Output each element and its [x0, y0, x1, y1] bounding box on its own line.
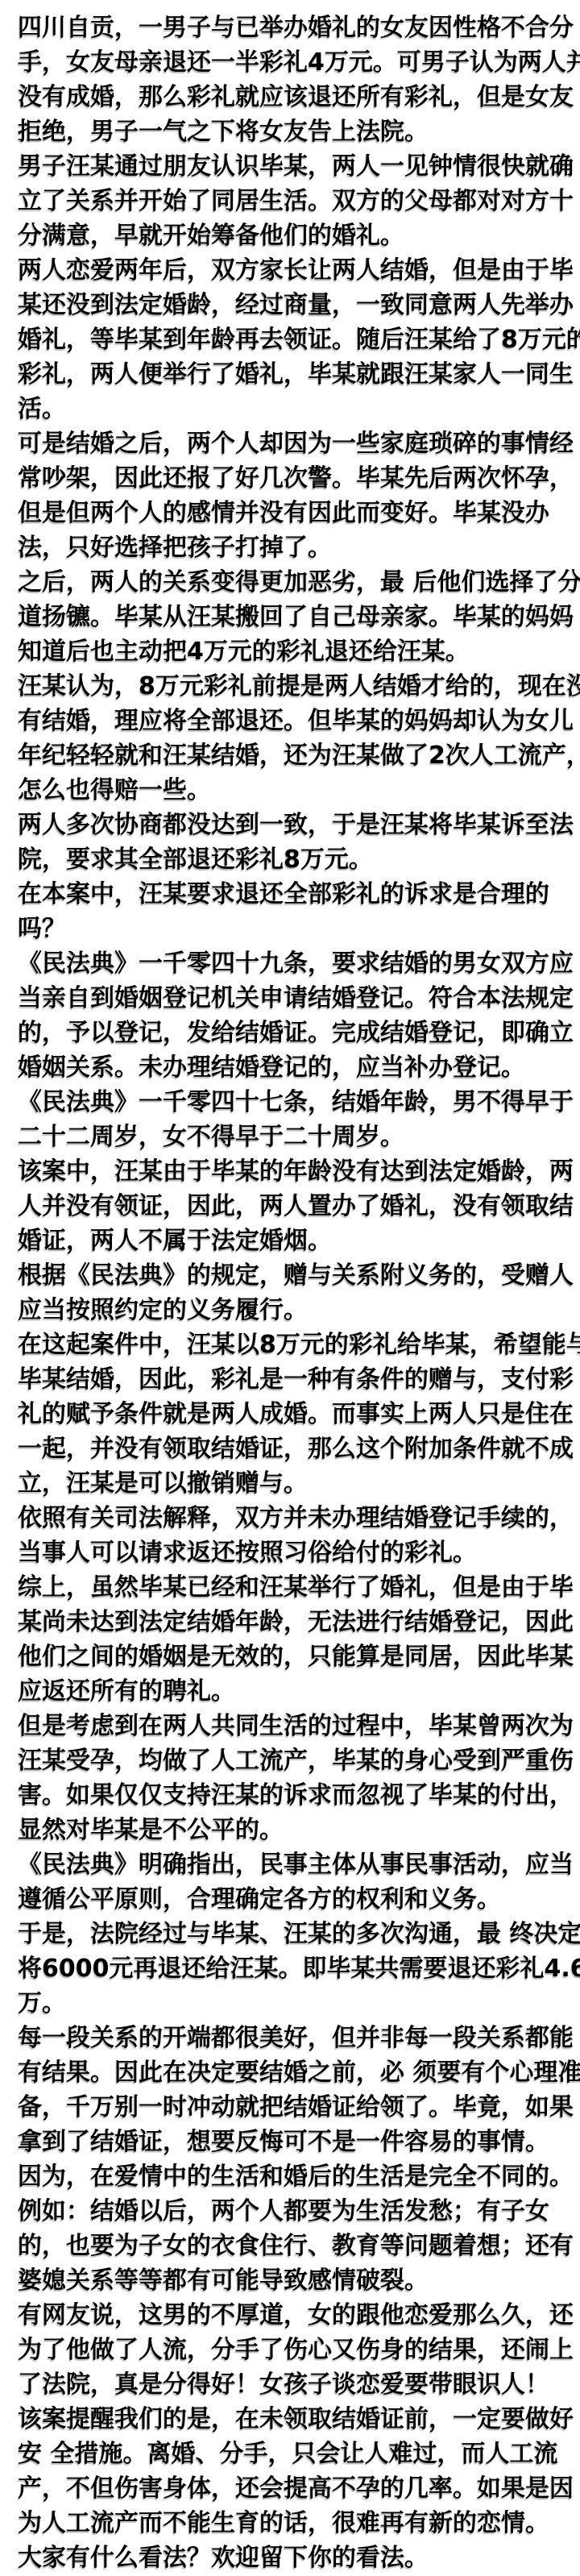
text-line: 常吵架，因此还报了好几次警。毕某先后两次怀孕，	[18, 461, 577, 496]
text-line: 有网友说，这男的不厚道，女的跟他恋爱那么久，还	[18, 2298, 577, 2333]
text-line: 活。	[18, 392, 577, 426]
text-line: 《民法典》一千零四十七条，结婚年龄，男不得早于	[18, 1085, 577, 1120]
text-line: 大家有什么看法？欢迎留下你的看法。	[18, 2541, 577, 2575]
text-line: 拿到了结婚证，想要反悔可不是一件容易的事情。	[18, 2125, 577, 2159]
text-line: 婚礼，等毕某到年龄再去领证。随后汪某给了8万元的	[18, 322, 577, 357]
text-line: 将6000元再退还给汪某。即毕某共需要退还彩礼4.6	[18, 1951, 577, 1986]
text-line: 在这起案件中，汪某以8万元的彩礼给毕某，希望能与	[18, 1327, 577, 1362]
paragraph: 《民法典》一千零四十九条，要求结婚的男女双方应当亲自到婚姻登记机关申请结婚登记。…	[18, 946, 577, 1085]
article-text: 四川自贡，一男子与已举办婚礼的女友因性格不合分手，女友母亲退还一半彩礼4万元。可…	[0, 0, 580, 2575]
paragraph: 该案提醒我们的是，在未领取结婚证前，一定要做好安 全措施。离婚、分手，只会让人难…	[18, 2402, 577, 2541]
text-line: 院，要求其全部退还彩礼8万元。	[18, 842, 577, 877]
text-line: 害。如果仅仅支持汪某的诉求而忽视了毕某的付出，	[18, 1778, 577, 1813]
text-line: 拒绝，男子一气之下将女友告上法院。	[18, 114, 577, 149]
paragraph: 在这起案件中，汪某以8万元的彩礼给毕某，希望能与毕某结婚，因此，彩礼是一种有条件…	[18, 1327, 577, 1501]
text-line: 产，不但伤害身体，还会提高不孕的几率。如果是因	[18, 2471, 577, 2506]
text-line: 的，予以登记，发给结婚证。完成结婚登记，即确立	[18, 1016, 577, 1050]
paragraph: 但是考虑到在两人共同生活的过程中，毕某曾两次为汪某受孕，均做了人工流产，毕某的身…	[18, 1709, 577, 1847]
text-line: 汪某认为，8万元彩礼前提是两人结婚才给的，现在没	[18, 669, 577, 704]
paragraph: 例如：结婚以后，两个人都要为生活发愁；有子女的，也要为子女的衣食住行、教育等问题…	[18, 2194, 577, 2298]
text-line: 立了关系并开始了同居生活。双方的父母都对对方十	[18, 184, 577, 218]
text-line: 当亲自到婚姻登记机关申请结婚登记。符合本法规定	[18, 981, 577, 1016]
text-line: 了法院，真是分得好！女孩子谈恋爱要带眼识人！	[18, 2367, 577, 2402]
text-line: 但是但两个人的感情并没有因此而变好。毕某没办	[18, 496, 577, 530]
paragraph: 有网友说，这男的不厚道，女的跟他恋爱那么久，还为了他做了人流，分手了伤心又伤身的…	[18, 2298, 577, 2402]
text-line: 该案提醒我们的是，在未领取结婚证前，一定要做好	[18, 2402, 577, 2437]
text-line: 他们之间的婚姻是无效的，只能算是同居，因此毕某	[18, 1639, 577, 1674]
text-line: 之后，两人的关系变得更加恶劣，最 后他们选择了分	[18, 565, 577, 600]
text-line: 某还没到法定婚龄，经过商量，一致同意两人先举办	[18, 288, 577, 322]
paragraph: 《民法典》一千零四十七条，结婚年龄，男不得早于二十二周岁，女不得早于二十周岁。	[18, 1085, 577, 1154]
text-line: 该案中，汪某由于毕某的年龄没有达到法定婚龄，两	[18, 1154, 577, 1189]
text-line: 汪某受孕，均做了人工流产，毕某的身心受到严重伤	[18, 1743, 577, 1778]
text-line: 例如：结婚以后，两个人都要为生活发愁；有子女	[18, 2194, 577, 2229]
paragraph: 根据《民法典》的规定，赠与关系附义务的，受赠人应当按照约定的义务履行。	[18, 1258, 577, 1327]
text-line: 有结婚，理应将全部退还。但毕某的妈妈却认为女儿	[18, 704, 577, 738]
text-line: 二十二周岁，女不得早于二十周岁。	[18, 1120, 577, 1154]
text-line: 婚证，两人不属于法定婚烟。	[18, 1224, 577, 1258]
text-line: 综上，虽然毕某已经和汪某举行了婚礼，但是由于毕	[18, 1570, 577, 1605]
text-line: 婆媳关系等等都有可能导致感情破裂。	[18, 2263, 577, 2298]
text-line: 但是考虑到在两人共同生活的过程中，毕某曾两次为	[18, 1709, 577, 1743]
text-line: 在本案中，汪某要求退还全部彩礼的诉求是合理的	[18, 877, 577, 912]
text-line: 的，也要为子女的衣食住行、教育等问题着想；还有	[18, 2229, 577, 2263]
text-line: 备，千万别一时冲动就把结婚证给领了。毕竟，如果	[18, 2090, 577, 2125]
text-line: 两人多次协商都没达到一致，于是汪某将毕某诉至法	[18, 808, 577, 842]
text-line: 为了他做了人流，分手了伤心又伤身的结果，还闹上	[18, 2333, 577, 2367]
text-line: 婚姻关系。未办理结婚登记的，应当补办登记。	[18, 1050, 577, 1085]
paragraph: 之后，两人的关系变得更加恶劣，最 后他们选择了分道扬镳。毕某从汪某搬回了自己母亲…	[18, 565, 577, 669]
text-line: 礼的赋予条件就是两人成婚。而事实上两人只是住在	[18, 1397, 577, 1431]
text-line: 道扬镳。毕某从汪某搬回了自己母亲家。毕某的妈妈	[18, 600, 577, 634]
paragraph: 每一段关系的开端都很美好，但并非每一段关系都能有结果。因此在决定要结婚之前，必 …	[18, 2021, 577, 2159]
text-line: 有结果。因此在决定要结婚之前，必 须要有个心理准	[18, 2055, 577, 2090]
paragraph: 两人恋爱两年后，双方家长让两人结婚，但是由于毕某还没到法定婚龄，经过商量，一致同…	[18, 253, 577, 426]
text-line: 毕某结婚，因此，彩礼是一种有条件的赠与，支付彩	[18, 1362, 577, 1397]
text-line: 为人工流产而不能生育的话，很难再有新的恋情。	[18, 2506, 577, 2541]
text-line: 当事人可以请求返还按照习俗给付的彩礼。	[18, 1535, 577, 1570]
paragraph: 因为，在爱情中的生活和婚后的生活是完全不同的。	[18, 2159, 577, 2194]
text-line: 万。	[18, 1986, 577, 2021]
paragraph: 两人多次协商都没达到一致，于是汪某将毕某诉至法院，要求其全部退还彩礼8万元。	[18, 808, 577, 877]
paragraph: 《民法典》明确指出，民事主体从事民事活动，应当遵循公平原则，合理确定各方的权利和…	[18, 1847, 577, 1917]
paragraph: 汪某认为，8万元彩礼前提是两人结婚才给的，现在没有结婚，理应将全部退还。但毕某的…	[18, 669, 577, 808]
text-line: 分满意，早就开始筹备他们的婚礼。	[18, 218, 577, 253]
text-line: 法，只好选择把孩子打掉了。	[18, 530, 577, 565]
text-line: 应当按照约定的义务履行。	[18, 1293, 577, 1327]
text-line: 怎么也得赔一些。	[18, 773, 577, 808]
text-line: 男子汪某通过朋友认识毕某，两人一见钟情很快就确	[18, 149, 577, 184]
paragraph: 在本案中，汪某要求退还全部彩礼的诉求是合理的吗？	[18, 877, 577, 946]
text-line: 四川自贡，一男子与已举办婚礼的女友因性格不合分	[18, 10, 577, 45]
text-line: 可是结婚之后，两个人却因为一些家庭琐碎的事情经	[18, 426, 577, 461]
paragraph: 大家有什么看法？欢迎留下你的看法。	[18, 2541, 577, 2575]
text-line: 遵循公平原则，合理确定各方的权利和义务。	[18, 1882, 577, 1917]
text-line: 立，汪某是可以撤销赠与。	[18, 1466, 577, 1501]
text-line: 因为，在爱情中的生活和婚后的生活是完全不同的。	[18, 2159, 577, 2194]
text-line: 显然对毕某是不公平的。	[18, 1813, 577, 1847]
text-line: 两人恋爱两年后，双方家长让两人结婚，但是由于毕	[18, 253, 577, 288]
paragraph: 依照有关司法解释，双方并未办理结婚登记手续的，当事人可以请求返还按照习俗给付的彩…	[18, 1501, 577, 1570]
text-line: 安 全措施。离婚、分手，只会让人难过，而人工流	[18, 2437, 577, 2471]
paragraph: 可是结婚之后，两个人却因为一些家庭琐碎的事情经常吵架，因此还报了好几次警。毕某先…	[18, 426, 577, 565]
text-line: 于是，法院经过与毕某、汪某的多次沟通，最 终决定	[18, 1917, 577, 1951]
paragraph: 该案中，汪某由于毕某的年龄没有达到法定婚龄，两人并没有领证，因此，两人置办了婚礼…	[18, 1154, 577, 1258]
text-line: 应返还所有的聘礼。	[18, 1674, 577, 1709]
text-line: 《民法典》明确指出，民事主体从事民事活动，应当	[18, 1847, 577, 1882]
text-line: 每一段关系的开端都很美好，但并非每一段关系都能	[18, 2021, 577, 2055]
text-line: 彩礼，两人便举行了婚礼，毕某就跟汪某家人一同生	[18, 357, 577, 392]
text-line: 一起，并没有领取结婚证，那么这个附加条件就不成	[18, 1431, 577, 1466]
paragraph: 于是，法院经过与毕某、汪某的多次沟通，最 终决定将6000元再退还给汪某。即毕某…	[18, 1917, 577, 2021]
text-line: 年纪轻轻就和汪某结婚，还为汪某做了2次人工流产，	[18, 738, 577, 773]
text-line: 吗？	[18, 912, 577, 946]
text-line: 根据《民法典》的规定，赠与关系附义务的，受赠人	[18, 1258, 577, 1293]
text-line: 知道后也主动把4万元的彩礼退还给汪某。	[18, 634, 577, 669]
paragraph: 综上，虽然毕某已经和汪某举行了婚礼，但是由于毕某尚未达到法定结婚年龄，无法进行结…	[18, 1570, 577, 1709]
text-line: 《民法典》一千零四十九条，要求结婚的男女双方应	[18, 946, 577, 981]
paragraph: 四川自贡，一男子与已举办婚礼的女友因性格不合分手，女友母亲退还一半彩礼4万元。可…	[18, 10, 577, 149]
text-line: 人并没有领证，因此，两人置办了婚礼，没有领取结	[18, 1189, 577, 1224]
paragraph: 男子汪某通过朋友认识毕某，两人一见钟情很快就确立了关系并开始了同居生活。双方的父…	[18, 149, 577, 253]
text-line: 手，女友母亲退还一半彩礼4万元。可男子认为两人并	[18, 45, 577, 80]
text-line: 依照有关司法解释，双方并未办理结婚登记手续的，	[18, 1501, 577, 1535]
text-line: 没有成婚，那么彩礼就应该退还所有彩礼，但是女友	[18, 80, 577, 114]
text-line: 某尚未达到法定结婚年龄，无法进行结婚登记，因此	[18, 1605, 577, 1639]
